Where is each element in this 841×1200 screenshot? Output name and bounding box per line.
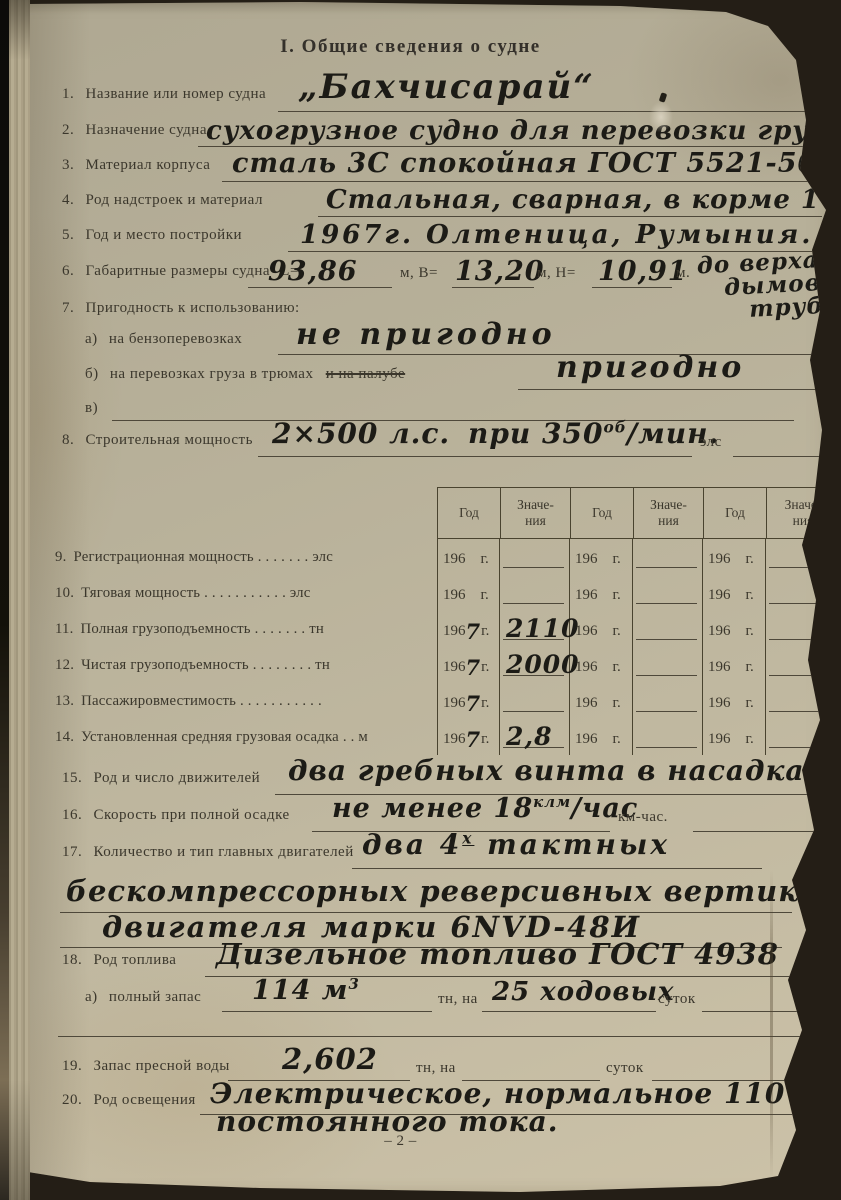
paper-sheet: I. Общие сведения о судне 1. Название ил… bbox=[0, 0, 841, 1200]
fresh-water-value: 2,602 bbox=[282, 1045, 378, 1074]
fill-line bbox=[248, 287, 392, 288]
main-engines-value-2: бескомпрессорных реверсивных вертикальны… bbox=[66, 877, 841, 906]
field-fuel-type: 18. Род топлива bbox=[62, 952, 176, 969]
fuel-type-value: Дизельное топливо ГОСТ 4938 bbox=[216, 940, 779, 969]
field-purpose: 2. Назначение судна bbox=[62, 122, 207, 139]
field-build-power: 8. Строительная мощность bbox=[62, 432, 253, 449]
page-title: I. Общие сведения о судне bbox=[0, 36, 821, 58]
suitability-b: б) на перевозках груза в трюмах и на пал… bbox=[85, 366, 405, 383]
speed-value: не менее 18клм/час bbox=[332, 795, 638, 822]
smoke-stack-note: до верха дымовой трубы bbox=[688, 247, 841, 324]
build-power-value-1: 2×500 л.с. bbox=[272, 420, 450, 448]
fill-line bbox=[278, 111, 822, 112]
fuel-days-value: 25 ходовых bbox=[492, 979, 675, 1005]
table-row: 1967г. 2110 196г. 196г. bbox=[437, 611, 840, 647]
field-build-year-place: 5. Год и место постройки bbox=[62, 227, 242, 244]
suitability-b-value: пригодно bbox=[556, 353, 744, 383]
fill-line bbox=[518, 389, 820, 390]
struck-text: и на палубе bbox=[326, 366, 405, 382]
fill-line bbox=[592, 287, 672, 288]
propulsors-value: два гребных винта в насадках bbox=[288, 757, 822, 785]
lighting-value-line-2: постоянного тока. bbox=[216, 1108, 559, 1136]
field-full-capacity: 11.Полная грузоподъемность . . . . . . .… bbox=[55, 621, 324, 638]
page-number: – 2 – bbox=[0, 1133, 801, 1150]
fuel-stock-mid: тн, на bbox=[438, 991, 478, 1008]
fill-line bbox=[693, 831, 821, 832]
scanned-ship-registry-page: I. Общие сведения о судне 1. Название ил… bbox=[0, 0, 841, 1200]
fresh-water-mid: тн, на bbox=[416, 1060, 456, 1077]
field-net-capacity: 12.Чистая грузоподъемность . . . . . . .… bbox=[55, 657, 330, 674]
field-main-engines: 17. Количество и тип главных двигателей bbox=[62, 844, 354, 861]
table-row: 196г. 196г. 196г. bbox=[437, 575, 840, 611]
ship-name-value: „Бахчисарай“ bbox=[298, 70, 595, 104]
table-row: 1967г. 2,8 196г. 196г. bbox=[437, 719, 840, 755]
build-power-value-2: при 350об/мин. bbox=[468, 420, 719, 448]
suitability-a-value: не пригодно bbox=[296, 320, 556, 350]
field-hull-material: 3. Материал корпуса bbox=[62, 157, 210, 174]
suitability-a: а) на бензоперевозках bbox=[85, 331, 242, 348]
paper-blemish bbox=[648, 100, 674, 134]
table-header-row: Год Значе-ния Год Значе-ния Год Значе-ни… bbox=[437, 487, 840, 539]
fill-line bbox=[352, 868, 762, 869]
field-traction-power: 10.Тяговая мощность . . . . . . . . . . … bbox=[55, 585, 311, 602]
hull-material-value: сталь 3С спокойная ГОСТ 5521-50 bbox=[232, 150, 817, 177]
field-fresh-water: 19. Запас пресной воды bbox=[62, 1058, 230, 1075]
field-number: 1. bbox=[62, 86, 74, 103]
length-value: 93,86 bbox=[268, 258, 358, 285]
field-propulsors: 15. Род и число движителей bbox=[62, 770, 260, 787]
table-row: 1967г. 2000 196г. 196г. bbox=[437, 647, 840, 683]
beam-value: 13,20 bbox=[455, 258, 545, 285]
field-passenger-capacity: 13.Пассажировместимость . . . . . . . . … bbox=[55, 693, 322, 710]
speed-unit: км-час. bbox=[618, 809, 668, 826]
lighting-value-line-1: Электрическое, нормальное 110 вольт bbox=[210, 1080, 841, 1108]
field-ship-name: 1. Название или номер судна bbox=[62, 86, 266, 103]
field-average-draft: 14.Установленная средняя грузовая осадка… bbox=[55, 729, 368, 746]
field-suitability: 7. Пригодность к использованию: bbox=[62, 300, 300, 317]
field-registration-power: 9.Регистрационная мощность . . . . . . .… bbox=[55, 549, 333, 566]
purpose-value: сухогрузное судно для перевозки грузов bbox=[206, 118, 841, 144]
height-value: 10,91 bbox=[598, 258, 688, 285]
superstructure-value: Стальная, сварная, в корме 1 ярус bbox=[326, 187, 841, 213]
field-dimensions: 6. Габаритные размеры судна L= bbox=[62, 263, 299, 280]
fuel-stock-value: 114 м3 bbox=[252, 977, 360, 1004]
yearly-values-table: Год Значе-ния Год Значе-ния Год Значе-ни… bbox=[437, 487, 840, 755]
fuel-full-stock: а) полный запас bbox=[85, 989, 201, 1006]
fill-line bbox=[318, 216, 822, 217]
suitability-c: в) bbox=[85, 400, 105, 417]
fuel-stock-suffix: суток bbox=[658, 991, 696, 1008]
field-label: Название или номер судна bbox=[86, 86, 267, 102]
fill-line bbox=[198, 146, 822, 147]
fill-line bbox=[258, 456, 692, 457]
fill-line bbox=[482, 1011, 656, 1012]
field-speed: 16. Скорость при полной осадке bbox=[62, 807, 290, 824]
fill-line bbox=[452, 287, 534, 288]
field-lighting: 20. Род освещения bbox=[62, 1092, 196, 1109]
paper-crease bbox=[770, 870, 773, 1180]
fill-line bbox=[222, 181, 822, 182]
table-row: 1967г. 196г. 196г. bbox=[437, 683, 840, 719]
fill-line bbox=[702, 1011, 822, 1012]
field-superstructure: 4. Род надстроек и материал bbox=[62, 192, 263, 209]
fill-line bbox=[733, 456, 821, 457]
book-binding-edge bbox=[0, 0, 9, 1200]
fresh-water-suffix: суток bbox=[606, 1060, 644, 1077]
table-row: 196г. 196г. 196г. bbox=[437, 539, 840, 575]
build-power-unit: элс bbox=[700, 434, 722, 451]
main-engines-value-1: два 4х тактных bbox=[362, 831, 670, 859]
page-stack-edge bbox=[9, 0, 30, 1200]
build-year-place-value: 1967г. Олтеница, Румыния. bbox=[300, 222, 813, 248]
fill-line bbox=[58, 1036, 820, 1037]
fill-line bbox=[222, 1011, 432, 1012]
